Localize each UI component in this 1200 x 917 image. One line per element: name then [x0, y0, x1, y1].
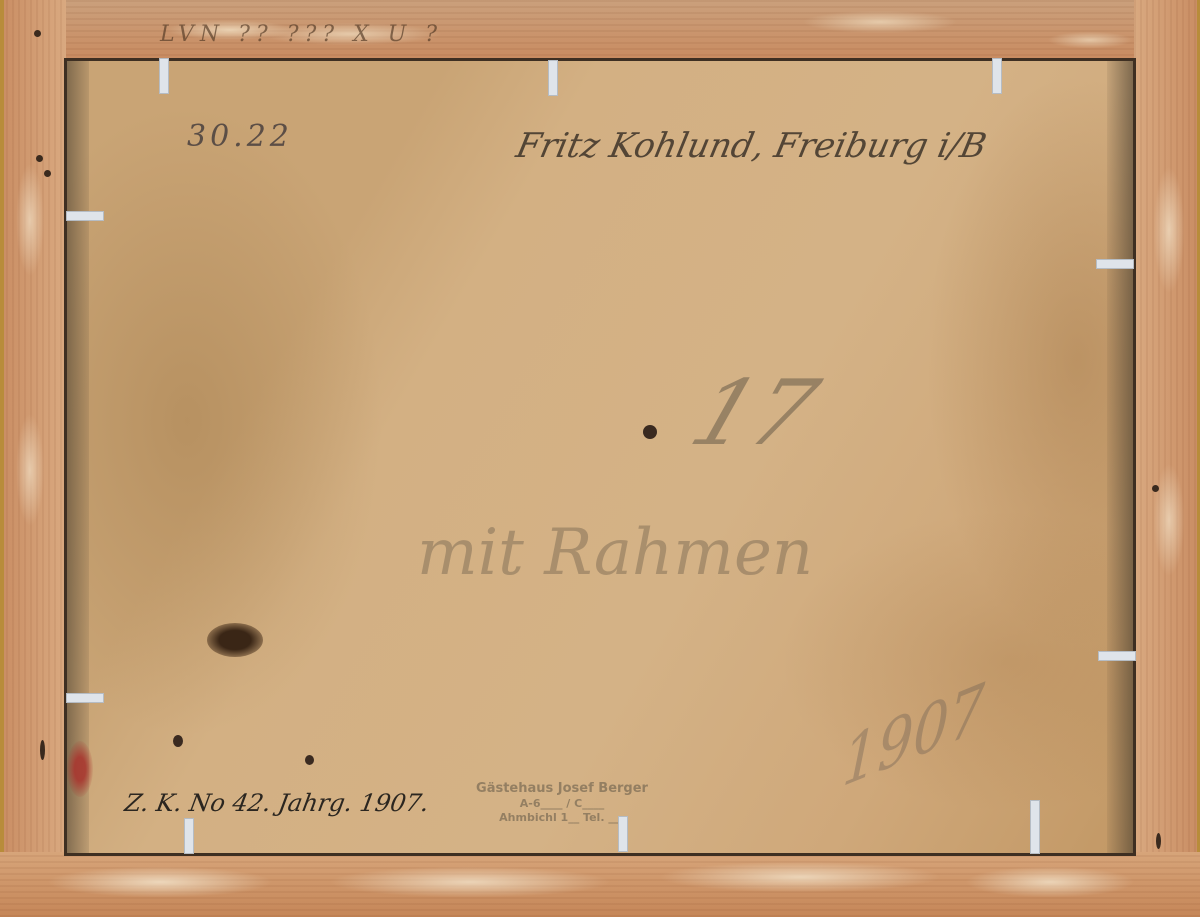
stamp-line-1: Gästehaus Josef Berger: [447, 781, 677, 797]
retaining-clip: [992, 58, 1002, 94]
stamp-line-3: Ahmbichl 1__ Tel. ___: [447, 811, 677, 825]
nail-hole: [1156, 833, 1161, 849]
collection-inscription: Z. K. No 42. Jahrg. 1907.: [123, 789, 432, 817]
artist-signature: Fritz Kohlund, Freiburg i/B: [513, 126, 990, 166]
retaining-clip: [618, 816, 628, 852]
red-mark: [67, 741, 93, 797]
guesthouse-stamp: Gästehaus Josef Berger A-6____ / C____ A…: [447, 781, 677, 825]
pencil-inscription: mit Rahmen: [417, 516, 813, 590]
frame-rail-top: LVN ?? ??? X U ?: [0, 0, 1200, 62]
retaining-clip: [548, 60, 558, 96]
small-dark-spot: [643, 425, 657, 439]
retaining-clip: [1098, 651, 1136, 661]
inventory-number: 30.22: [187, 119, 293, 154]
pencil-date: 1907: [841, 669, 987, 803]
retaining-clip: [66, 693, 104, 703]
retaining-clip: [184, 818, 194, 854]
stamp-line-2: A-6____ / C____: [447, 797, 677, 811]
small-dark-spot: [173, 735, 183, 747]
nail-hole: [36, 155, 43, 162]
retaining-clip: [159, 58, 169, 94]
frame-rail-left: [0, 0, 66, 917]
dark-stain: [207, 623, 263, 657]
retaining-clip: [1096, 259, 1134, 269]
pencil-number: 17: [678, 361, 831, 466]
nail-hole: [1152, 485, 1159, 492]
nail-hole: [34, 30, 41, 37]
small-dark-spot: [305, 755, 314, 765]
nail-hole: [40, 740, 45, 760]
nail-hole: [44, 170, 51, 177]
picture-frame: LVN ?? ??? X U ? 30.22 Fritz Kohlund, Fr…: [0, 0, 1200, 917]
retaining-clip: [1030, 800, 1040, 854]
frame-rail-right: [1134, 0, 1200, 917]
frame-pencil-inscription: LVN ?? ??? X U ?: [160, 22, 443, 47]
retaining-clip: [66, 211, 104, 221]
frame-rail-bottom: [0, 852, 1200, 917]
cardboard-backing: 30.22 Fritz Kohlund, Freiburg i/B 17 mit…: [64, 58, 1136, 856]
